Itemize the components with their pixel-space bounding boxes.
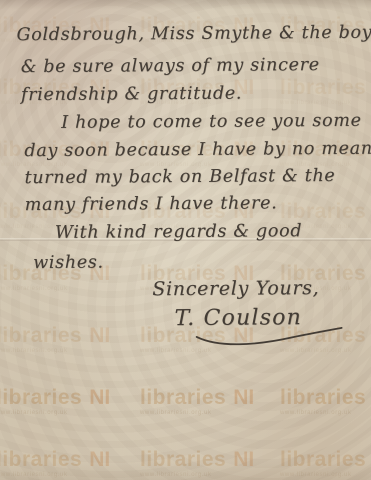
letter-line: many friends I have there. xyxy=(25,193,278,215)
letter-line: With kind regards & good xyxy=(55,221,302,243)
letter-line: Goldsbrough, Miss Smythe & the boys xyxy=(16,23,371,46)
letter-line: & be sure always of my sincere xyxy=(21,55,320,77)
letter-line: I hope to come to see you some xyxy=(61,111,362,133)
scanned-letter-page: librariesNIwww.librariesni.org.uklibrari… xyxy=(0,0,371,480)
letter-line: turned my back on Belfast & the xyxy=(24,166,335,188)
letter-line: wishes. xyxy=(33,253,104,273)
letter-line: day soon because I have by no means xyxy=(24,139,371,161)
handwritten-letter: Goldsbrough, Miss Smythe & the boys & be… xyxy=(0,0,371,480)
signature: T. Coulson xyxy=(174,305,302,331)
letter-line: friendship & gratitude. xyxy=(21,84,242,106)
letter-closing: Sincerely Yours, xyxy=(152,277,319,300)
